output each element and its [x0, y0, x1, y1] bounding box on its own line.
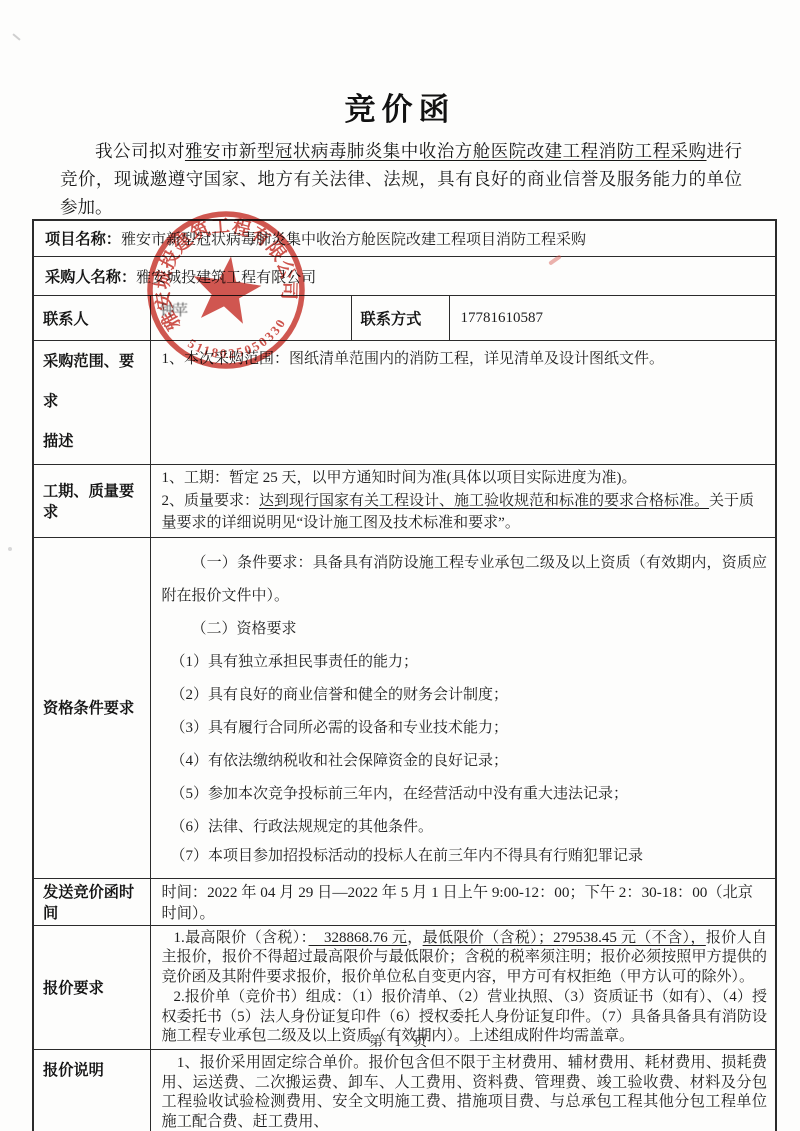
- qualification-label: 资格条件要求: [33, 537, 150, 878]
- table-row-contact: 联系人 联系方式 17781610587: [33, 296, 776, 341]
- schedule-line2-underlined: 达到现行国家有关工程设计、施工验收规范和标准的要求合格标准。: [259, 493, 709, 509]
- table-row-purchaser: 采购人名称：雅安城投建筑工程有限公司: [33, 257, 776, 296]
- qualification-item: （6）法律、行政法规规定的其他条件。: [162, 811, 768, 844]
- purchaser-label: 采购人名称：: [45, 269, 136, 286]
- quote-req-p1-pre: 1.最高限价（含税）：: [174, 930, 309, 946]
- quote-req-paragraph-1: 1.最高限价（含税）： 328868.76 元，最低限价（含税）；279538.…: [162, 929, 768, 988]
- table-row-scope: 采购范围、要求描述 1、本次采购范围：图纸清单范围内的消防工程，详见清单及设计图…: [33, 341, 776, 465]
- project-name-value: 雅安市新型冠状病毒肺炎集中收治方舱医院改建工程项目消防工程采购: [121, 232, 586, 248]
- scope-label-line2: 描述: [43, 422, 146, 462]
- schedule-line1: 1、工期：暂定 25 天，以甲方通知时间为准(具体以项目实际进度为准)。: [162, 467, 768, 490]
- contact-phone: 17781610587: [449, 296, 776, 341]
- table-row-send-time: 发送竞价函时间 时间：2022 年 04 月 29 日—2022 年 5 月 1…: [33, 878, 776, 925]
- qualification-item: （二）资格要求: [162, 613, 768, 646]
- intro-paragraph: 我公司拟对雅安市新型冠状病毒肺炎集中收治方舱医院改建工程消防工程采购进行竞价，现…: [60, 137, 742, 221]
- table-row-quote-note: 报价说明 1、报价采用固定综合单价。报价包含但不限于主材费用、辅材费用、耗材费用…: [33, 1050, 776, 1131]
- qualification-item: （1）具有独立承担民事责任的能力；: [162, 646, 768, 679]
- quote-note-label: 报价说明: [33, 1050, 150, 1131]
- qualification-item: （5）参加本次竞争投标前三年内，在经营活动中没有重大违法记录；: [162, 778, 768, 811]
- scan-artifact: [12, 33, 20, 40]
- scope-label-line1: 采购范围、要求: [43, 342, 146, 422]
- intro-project-name: 雅安市新型冠状病毒肺炎集中收治方舱医院改建工程消防工程采购: [185, 141, 707, 161]
- scope-text: 1、本次采购范围：图纸清单范围内的消防工程，详见清单及设计图纸文件。: [150, 341, 776, 465]
- contact-name-handwritten: 钟苹: [160, 299, 186, 320]
- purchaser-value: 雅安城投建筑工程有限公司: [136, 270, 316, 286]
- scan-artifact: [8, 547, 12, 551]
- quote-req-p1-comma: ，: [407, 930, 422, 946]
- table-row-qualification: 资格条件要求 （一）条件要求：具备具有消防设施工程专业承包二级及以上资质（有效期…: [33, 537, 776, 878]
- qualification-item: （2）具有良好的商业信誉和健全的财务会计制度；: [162, 679, 768, 712]
- schedule-label: 工期、质量要求: [33, 465, 150, 538]
- quote-req-max-price: 328868.76 元: [309, 930, 408, 946]
- qualification-item: （一）条件要求：具备具有消防设施工程专业承包二级及以上资质（有效期内，资质应附在…: [162, 547, 768, 613]
- qualification-item: （4）有依法缴纳税收和社会保障资金的良好记录；: [162, 745, 768, 778]
- qualification-item: （3）具有履行合同所必需的设备和专业技术能力；: [162, 712, 768, 745]
- contact-label: 联系人: [33, 296, 150, 341]
- schedule-line2-pre: 2、质量要求：: [162, 493, 260, 509]
- send-time-label: 发送竞价函时间: [33, 878, 150, 925]
- qualification-item: （7）本项目参加招投标活动的投标人在前三年内不得具有行贿犯罪记录: [162, 844, 768, 869]
- table-row-project-name: 项目名称：雅安市新型冠状病毒肺炎集中收治方舱医院改建工程项目消防工程采购: [33, 220, 776, 257]
- document-page: 竞价函 我公司拟对雅安市新型冠状病毒肺炎集中收治方舱医院改建工程消防工程采购进行…: [0, 0, 800, 1131]
- send-time-value: 时间：2022 年 04 月 29 日—2022 年 5 月 1 日上午 9:0…: [150, 878, 776, 925]
- bid-info-table: 项目名称：雅安市新型冠状病毒肺炎集中收治方舱医院改建工程项目消防工程采购 采购人…: [32, 219, 777, 1131]
- quote-note-text: 1、报价采用固定综合单价。报价包含但不限于主材费用、辅材费用、耗材费用、损耗费用…: [162, 1053, 768, 1131]
- project-name-label: 项目名称：: [45, 231, 121, 248]
- intro-pre: 我公司拟对: [95, 141, 185, 161]
- table-row-schedule: 工期、质量要求 1、工期：暂定 25 天，以甲方通知时间为准(具体以项目实际进度…: [33, 465, 776, 538]
- page-number: 第 1 页: [0, 1031, 800, 1051]
- page-title: 竞价函: [0, 84, 800, 129]
- schedule-line2: 2、质量要求：达到现行国家有关工程设计、施工验收规范和标准的要求合格标准。关于质…: [162, 490, 768, 535]
- quote-req-min-price: 最低限价（含税）；279538.45 元（不含），: [423, 930, 706, 946]
- contact-method-label: 联系方式: [351, 296, 449, 341]
